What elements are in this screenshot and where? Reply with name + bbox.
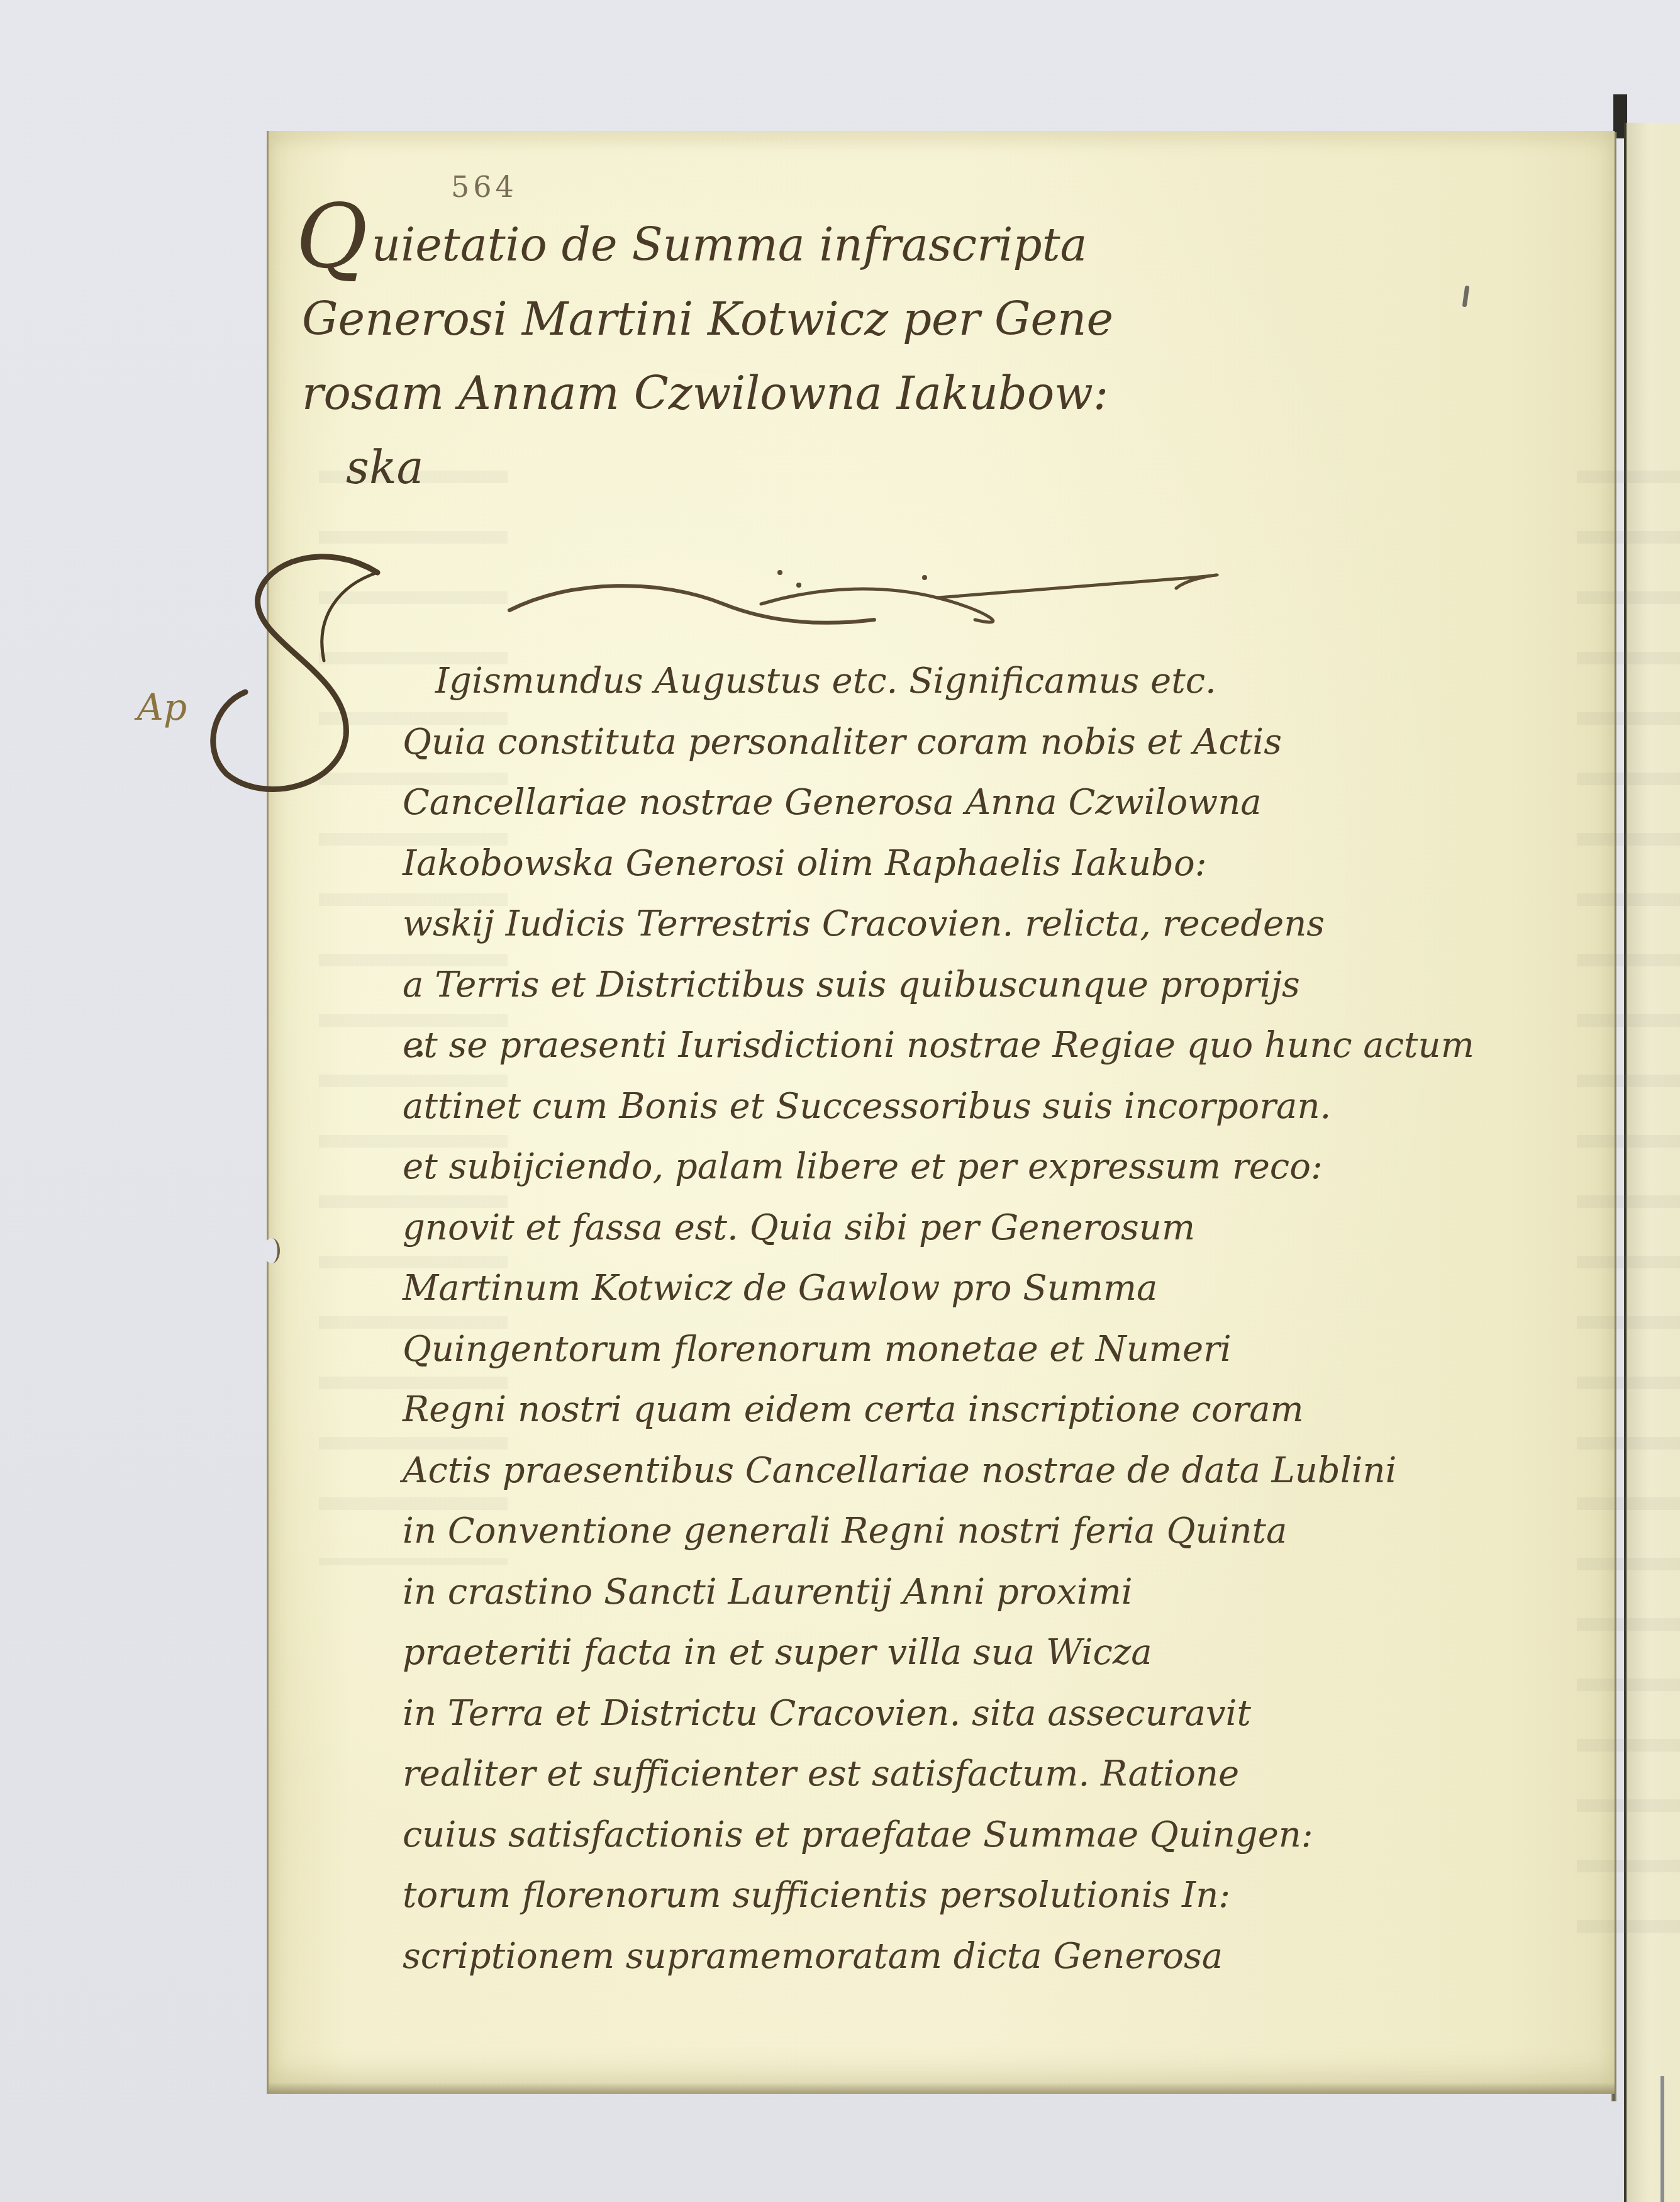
body-line: et subijciendo, palam libere et per expr… xyxy=(403,1137,1547,1198)
body-line: in crastino Sancti Laurentij Anni proxim… xyxy=(403,1562,1547,1623)
heading-line-1: Quietatio de Summa infrascripta xyxy=(296,208,1365,282)
page-number: 564 xyxy=(451,170,518,204)
body-line: praeteriti facta in et super villa sua W… xyxy=(403,1623,1547,1684)
body-line: in Terra et Districtu Cracovien. sita as… xyxy=(403,1684,1547,1745)
page-edge-notch xyxy=(264,1238,280,1263)
glass-plate-edge xyxy=(1661,2076,1664,2202)
body-line: cuius satisfactionis et praefatae Summae… xyxy=(403,1805,1547,1866)
heading-line-4: ska xyxy=(296,430,1365,505)
body-line: Actis praesentibus Cancellariae nostrae … xyxy=(403,1441,1547,1502)
document-body: Igismundus Augustus etc. Significamus et… xyxy=(403,651,1547,1987)
body-line: Quia constituta personaliter coram nobis… xyxy=(403,712,1547,773)
body-line: Martinum Kotwicz de Gawlow pro Summa xyxy=(403,1258,1547,1319)
margin-note: Ap xyxy=(137,686,187,729)
body-line: realiter et sufficienter est satisfactum… xyxy=(403,1744,1547,1805)
body-line: Igismundus Augustus etc. Significamus et… xyxy=(403,651,1547,712)
heading-line-3: rosam Annam Czwilowna Iakubow: xyxy=(296,356,1365,430)
body-line: gnovit et fassa est. Quia sibi per Gener… xyxy=(403,1198,1547,1259)
body-line: Quingentorum florenorum monetae et Numer… xyxy=(403,1319,1547,1380)
body-line: Cancellariae nostrae Generosa Anna Czwil… xyxy=(403,773,1547,834)
body-line: a Terris et Districtibus suis quibuscunq… xyxy=(403,955,1547,1016)
body-line: Iakobowska Generosi olim Raphaelis Iakub… xyxy=(403,834,1547,895)
body-line: wskij Iudicis Terrestris Cracovien. reli… xyxy=(403,894,1547,955)
right-margin-mark xyxy=(1462,286,1470,308)
body-line: et se praesenti Iurisdictioni nostrae Re… xyxy=(403,1015,1547,1076)
heading-flourish xyxy=(497,560,1252,635)
heading-initial: Q xyxy=(296,186,368,288)
body-line: Regni nostri quam eidem certa inscriptio… xyxy=(403,1380,1547,1441)
heading-line-2: Generosi Martini Kotwicz per Gene xyxy=(296,282,1365,356)
body-line: in Conventione generali Regni nostri fer… xyxy=(403,1501,1547,1562)
body-line: attinet cum Bonis et Successoribus suis … xyxy=(403,1076,1547,1137)
body-line: torum florenorum sufficientis persolutio… xyxy=(403,1865,1547,1926)
decorated-initial-s-icon xyxy=(189,547,390,812)
document-heading: Quietatio de Summa infrascripta Generosi… xyxy=(296,208,1365,505)
body-line: scriptionem supramemoratam dicta Generos… xyxy=(403,1926,1547,1987)
bleed-through-text-right xyxy=(1577,433,1680,1943)
